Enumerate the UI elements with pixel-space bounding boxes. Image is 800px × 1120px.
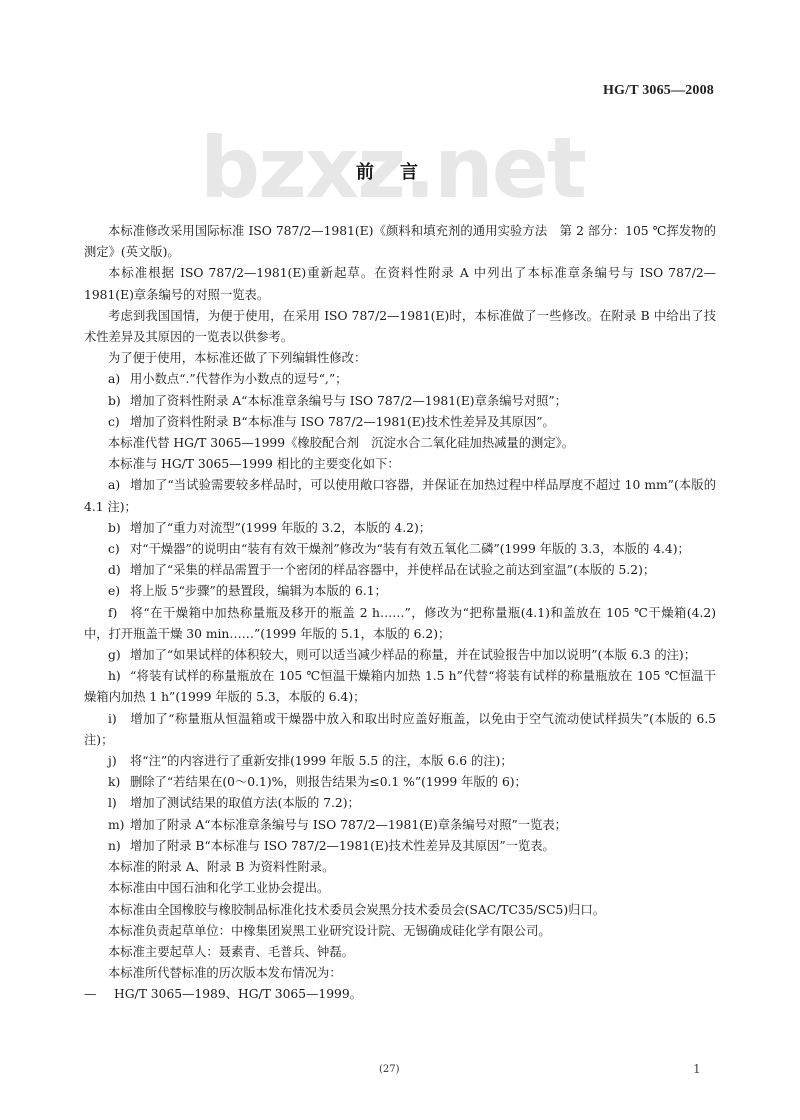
list-item: c)增加了资料性附录 B“本标准与 ISO 787/2—1981(E)技术性差异… — [84, 412, 716, 433]
paragraph-replaces: 本标准代替 HG/T 3065—1999《橡胶配合剂 沉淀水合二氧化硅加热减量的… — [84, 433, 716, 454]
list-item: j)将“注”的内容进行了重新安排(1999 年版 5.5 的注，本版 6.6 的… — [84, 751, 716, 772]
item-label: a) — [108, 369, 130, 390]
list-item: b)增加了“重力对流型”(1999 年版的 3.2，本版的 4.2)； — [84, 518, 716, 539]
item-label: a) — [108, 475, 130, 496]
item-label: j) — [108, 751, 130, 772]
item-text: 增加了“如果试样的体积较大，则可以适当减少样品的称量，并在试验报告中加以说明”(… — [130, 648, 696, 662]
page-number: (27) — [379, 1064, 400, 1075]
item-text: 增加了资料性附录 A“本标准章条编号与 ISO 787/2—1981(E)章条编… — [130, 394, 567, 408]
paragraph-adoption: 本标准修改采用国际标准 ISO 787/2—1981(E)《颜料和填充剂的通用实… — [84, 221, 716, 263]
paragraph-drafting: 本标准根据 ISO 787/2—1981(E)重新起草。在资料性附录 A 中列出… — [84, 263, 716, 305]
dash-bullet: — — [84, 984, 114, 1005]
item-text: 增加了附录 B“本标准与 ISO 787/2—1981(E)技术性差异及其原因”… — [130, 839, 555, 853]
item-text: 增加了测试结果的取值方法(本版的 7.2)； — [130, 796, 360, 810]
item-label: n) — [108, 836, 130, 857]
paragraph-drafting-units: 本标准负责起草单位：中橡集团炭黑工业研究设计院、无锡确成硅化学有限公司。 — [84, 921, 716, 942]
list-item: l)增加了测试结果的取值方法(本版的 7.2)； — [84, 793, 716, 814]
list-item: c)对“干燥器”的说明由“装有有效干燥剂”修改为“装有有效五氧化二磷”(1999… — [84, 539, 716, 560]
item-label: b) — [108, 391, 130, 412]
foreword-body: 本标准修改采用国际标准 ISO 787/2—1981(E)《颜料和填充剂的通用实… — [84, 221, 716, 1006]
list-item: a)增加了“当试验需要较多样品时，可以使用敞口容器，并保证在加热过程中样品厚度不… — [84, 475, 716, 517]
list-item: i)增加了“称量瓶从恒温箱或干燥器中放入和取出时应盖好瓶盖，以免由于空气流动使试… — [84, 709, 716, 751]
item-text: 增加了“重力对流型”(1999 年版的 3.2，本版的 4.2)； — [130, 521, 431, 535]
item-label: h) — [108, 666, 130, 687]
item-label: l) — [108, 793, 130, 814]
list-item: a)用小数点“.”代替作为小数点的逗号“,”； — [84, 369, 716, 390]
item-label: i) — [108, 709, 130, 730]
list-item: k)删除了“若结果在(0～0.1)%，则报告结果为≤0.1 %”(1999 年版… — [84, 772, 716, 793]
paragraph-drafters: 本标准主要起草人：聂素青、毛普兵、钟磊。 — [84, 942, 716, 963]
list-item: m)增加了附录 A“本标准章条编号与 ISO 787/2—1981(E)章条编号… — [84, 815, 716, 836]
item-label: f) — [108, 603, 130, 624]
history-versions-line: —HG/T 3065—1989、HG/T 3065—1999。 — [84, 984, 716, 1005]
list-item: h)“将装有试样的称量瓶放在 105 ℃恒温干燥箱内加热 1.5 h”代替“将装… — [84, 666, 716, 708]
item-label: c) — [108, 412, 130, 433]
item-text: 对“干燥器”的说明由“装有有效干燥剂”修改为“装有有效五氧化二磷”(1999 年… — [130, 542, 690, 556]
item-text: “将装有试样的称量瓶放在 105 ℃恒温干燥箱内加热 1.5 h”代替“将装有试… — [84, 669, 716, 704]
item-text: 增加了“当试验需要较多样品时，可以使用敞口容器，并保证在加热过程中样品厚度不超过… — [84, 478, 716, 513]
item-text: 将“注”的内容进行了重新安排(1999 年版 5.5 的注，本版 6.6 的注)… — [130, 754, 513, 768]
list-item: e)将上版 5“步骤”的悬置段，编辑为本版的 6.1； — [84, 581, 716, 602]
page-title: 前言 — [0, 158, 800, 184]
paragraph-managed-by: 本标准由全国橡胶与橡胶制品标准化技术委员会炭黑分技术委员会(SAC/TC35/S… — [84, 900, 716, 921]
item-label: c) — [108, 539, 130, 560]
editorial-changes-list: a)用小数点“.”代替作为小数点的逗号“,”； b)增加了资料性附录 A“本标准… — [84, 369, 716, 433]
paragraph-proposed-by: 本标准由中国石油和化学工业协会提出。 — [84, 878, 716, 899]
list-item: g)增加了“如果试样的体积较大，则可以适当减少样品的称量，并在试验报告中加以说明… — [84, 645, 716, 666]
item-text: 增加了资料性附录 B“本标准与 ISO 787/2—1981(E)技术性差异及其… — [130, 415, 555, 429]
paragraph-annex-note: 本标准的附录 A、附录 B 为资料性附录。 — [84, 857, 716, 878]
item-label: b) — [108, 518, 130, 539]
history-versions: HG/T 3065—1989、HG/T 3065—1999。 — [114, 987, 362, 1001]
item-text: 增加了“采集的样品需置于一个密闭的样品容器中，并使样品在试验之前达到室温”(本版… — [130, 563, 655, 577]
item-label: g) — [108, 645, 130, 666]
edge-mark: 1 — [693, 1062, 701, 1076]
paragraph-history-intro: 本标准所代替标准的历次版本发布情况为： — [84, 963, 716, 984]
list-item: d)增加了“采集的样品需置于一个密闭的样品容器中，并使样品在试验之前达到室温”(… — [84, 560, 716, 581]
item-text: 用小数点“.”代替作为小数点的逗号“,”； — [130, 372, 347, 386]
item-label: d) — [108, 560, 130, 581]
item-label: k) — [108, 772, 130, 793]
item-text: 删除了“若结果在(0～0.1)%，则报告结果为≤0.1 %”(1999 年版的 … — [130, 775, 527, 789]
main-changes-list: a)增加了“当试验需要较多样品时，可以使用敞口容器，并保证在加热过程中样品厚度不… — [84, 475, 716, 857]
paragraph-changes-intro: 本标准与 HG/T 3065—1999 相比的主要变化如下： — [84, 454, 716, 475]
item-text: 将“在干燥箱中加热称量瓶及移开的瓶盖 2 h……”，修改为“把称量瓶(4.1)和… — [84, 606, 716, 641]
paragraph-modifications: 考虑到我国国情，为便于使用，在采用 ISO 787/2—1981(E)时，本标准… — [84, 306, 716, 348]
item-label: m) — [108, 815, 130, 836]
item-label: e) — [108, 581, 130, 602]
list-item: f)将“在干燥箱中加热称量瓶及移开的瓶盖 2 h……”，修改为“把称量瓶(4.1… — [84, 603, 716, 645]
paragraph-editorial-intro: 为了便于使用，本标准还做了下列编辑性修改： — [84, 348, 716, 369]
list-item: n)增加了附录 B“本标准与 ISO 787/2—1981(E)技术性差异及其原… — [84, 836, 716, 857]
item-text: 增加了附录 A“本标准章条编号与 ISO 787/2—1981(E)章条编号对照… — [130, 818, 567, 832]
list-item: b)增加了资料性附录 A“本标准章条编号与 ISO 787/2—1981(E)章… — [84, 391, 716, 412]
standard-code: HG/T 3065—2008 — [603, 83, 714, 99]
item-text: 将上版 5“步骤”的悬置段，编辑为本版的 6.1； — [130, 584, 387, 598]
item-text: 增加了“称量瓶从恒温箱或干燥器中放入和取出时应盖好瓶盖，以免由于空气流动使试样损… — [84, 712, 716, 747]
